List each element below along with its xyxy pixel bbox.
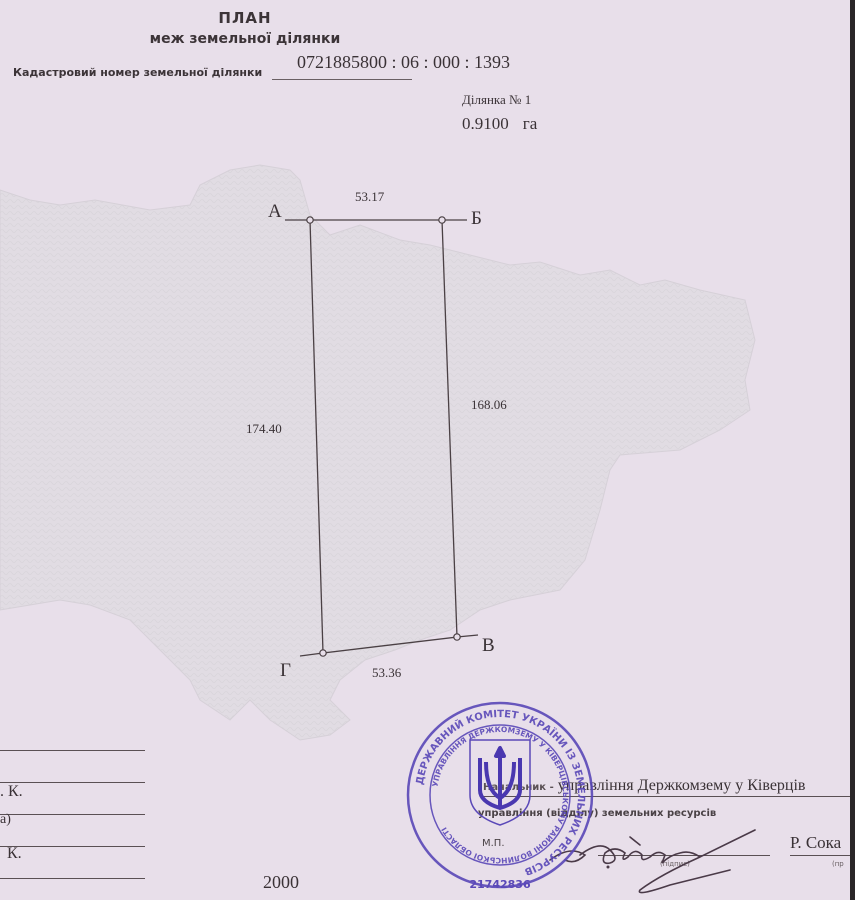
side-length-vg: 53.36 — [372, 665, 402, 680]
vertex-label-g: Г — [280, 660, 291, 681]
left-block-text: а) — [0, 812, 11, 828]
vertex-label-b: Б — [471, 208, 482, 229]
name-underline — [790, 855, 850, 856]
vertex-marker — [439, 217, 445, 223]
stamp-code: 21742836 — [469, 878, 531, 891]
coat-of-arms-icon — [470, 740, 530, 825]
signature-line — [0, 750, 145, 751]
document-year: 2000 — [263, 872, 299, 893]
side-length-ga: 174.40 — [246, 421, 282, 436]
scan-edge — [850, 0, 855, 900]
vertex-marker — [320, 650, 326, 656]
vertex-marker — [454, 634, 460, 640]
signature-line — [0, 814, 145, 815]
signature-line — [0, 878, 145, 879]
vertex-label-a: А — [268, 201, 282, 222]
signature-line — [0, 846, 145, 847]
signer-name: Р. Сока — [790, 833, 841, 853]
official-stamp: ДЕРЖАВНИЙ КОМІТЕТ УКРАЇНИ ІЗ ЗЕМЕЛЬНИХ Р… — [400, 690, 600, 900]
side-length-ab: 53.17 — [355, 189, 385, 204]
side-length-bv: 168.06 — [471, 397, 507, 412]
left-block-text: К. — [7, 845, 22, 863]
vertex-label-v: В — [482, 635, 495, 656]
vertex-marker — [307, 217, 313, 223]
parcel-boundary — [310, 220, 457, 653]
document-page: ПЛАН меж земельної ділянки Кадастровий н… — [0, 0, 850, 900]
left-block-text: . К. — [0, 783, 23, 801]
name-caption: (пр — [832, 860, 844, 868]
